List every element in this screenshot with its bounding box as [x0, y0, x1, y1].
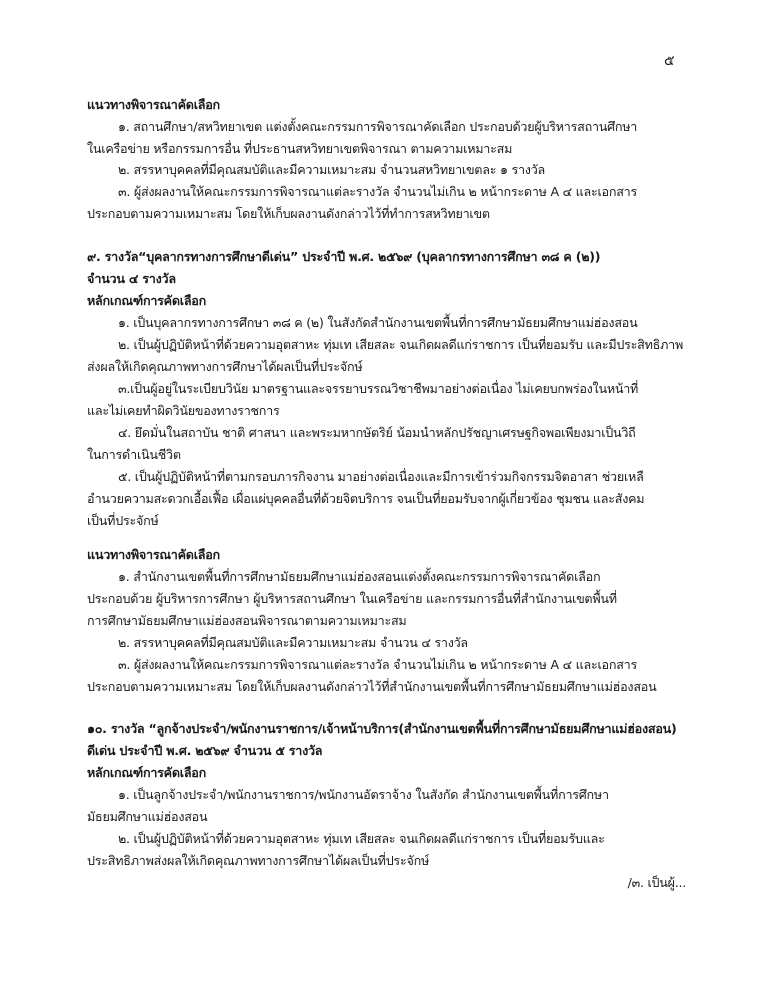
text-line: ๑. สถานศึกษา/สหวิทยาเขต แต่งตั้งคณะกรรมก…: [118, 117, 681, 137]
text-line: ๓. ผู้ส่งผลงานให้คณะกรรมการพิจารณาแต่ละร…: [118, 182, 681, 202]
text-line: ๔. ยึดมั่นในสถาบัน ชาติ ศาสนา และพระมหาก…: [118, 423, 681, 443]
text-line: ประกอบตามความเหมาะสม โดยให้เก็บผลงานดังก…: [87, 677, 681, 697]
section-heading: แนวทางพิจารณาคัดเลือก: [87, 545, 681, 565]
section-heading: ๙. รางวัล“บุคลากรทางการศึกษาดีเด่น” ประจ…: [87, 247, 681, 267]
text-line: ๑. สำนักงานเขตพื้นที่การศึกษามัธยมศึกษาแ…: [118, 567, 681, 587]
text-line: ส่งผลให้เกิดคุณภาพทางการศึกษาได้ผลเป็นที…: [87, 357, 681, 377]
text-line: ๕. เป็นผู้ปฏิบัติหน้าที่ตามกรอบภารกิจงาน…: [118, 467, 681, 487]
text-line: ๒. สรรหาบุคคลที่มีคุณสมบัติและมีความเหมา…: [118, 633, 681, 653]
text-line: ๑. เป็นบุคลากรทางการศึกษา ๓๘ ค (๒) ในสัง…: [118, 313, 681, 333]
text-line: อำนวยความสะดวกเอื้อเฟื้อ เผื่อแผ่บุคคลอื…: [87, 489, 681, 509]
text-line: ในเครือข่าย หรือกรรมการอื่น ที่ประธานสหว…: [87, 139, 681, 159]
text-line: การศึกษามัธยมศึกษาแม่ฮ่องสอนพิจารณาตามคว…: [87, 611, 681, 631]
text-line: ประกอบด้วย ผู้บริหารการศึกษา ผู้บริหารสถ…: [87, 589, 681, 609]
page-number: ๕: [664, 50, 675, 72]
text-line: ๒. เป็นผู้ปฏิบัติหน้าที่ด้วยความอุตสาหะ …: [118, 335, 681, 355]
section-heading: แนวทางพิจารณาคัดเลือก: [87, 95, 681, 115]
text-line: ๓.เป็นผู้อยู่ในระเบียบวินัย มาตรฐานและจร…: [118, 379, 681, 399]
continuation-marker: /๓. เป็นผู้...: [628, 873, 686, 893]
text-line: ๓. ผู้ส่งผลงานให้คณะกรรมการพิจารณาแต่ละร…: [118, 655, 681, 675]
section-heading: ๑๐. รางวัล “ลูกจ้างประจำ/พนักงานราชการ/เ…: [87, 719, 681, 739]
section-heading: จำนวน ๔ รางวัล: [87, 269, 681, 289]
text-line: ประกอบตามความเหมาะสม โดยให้เก็บผลงานดังก…: [87, 204, 681, 224]
text-line: เป็นที่ประจักษ์: [87, 511, 681, 531]
section-heading: หลักเกณฑ์การคัดเลือก: [87, 763, 681, 783]
text-line: และไม่เคยทำผิดวินัยของทางราชการ: [87, 401, 681, 421]
text-line: ประสิทธิภาพส่งผลให้เกิดคุณภาพทางการศึกษา…: [87, 851, 681, 871]
section-heading: ดีเด่น ประจำปี พ.ศ. ๒๕๖๙ จำนวน ๕ รางวัล: [87, 741, 681, 761]
text-line: ๑. เป็นลูกจ้างประจำ/พนักงานราชการ/พนักงา…: [118, 785, 681, 805]
text-line: ๒. เป็นผู้ปฏิบัติหน้าที่ด้วยความอุตสาหะ …: [118, 829, 681, 849]
text-line: มัธยมศึกษาแม่ฮ่องสอน: [87, 807, 681, 827]
text-line: ในการดำเนินชีวิต: [87, 445, 681, 465]
section-heading: หลักเกณฑ์การคัดเลือก: [87, 291, 681, 311]
text-line: ๒. สรรหาบุคคลที่มีคุณสมบัติและมีความเหมา…: [118, 160, 681, 180]
